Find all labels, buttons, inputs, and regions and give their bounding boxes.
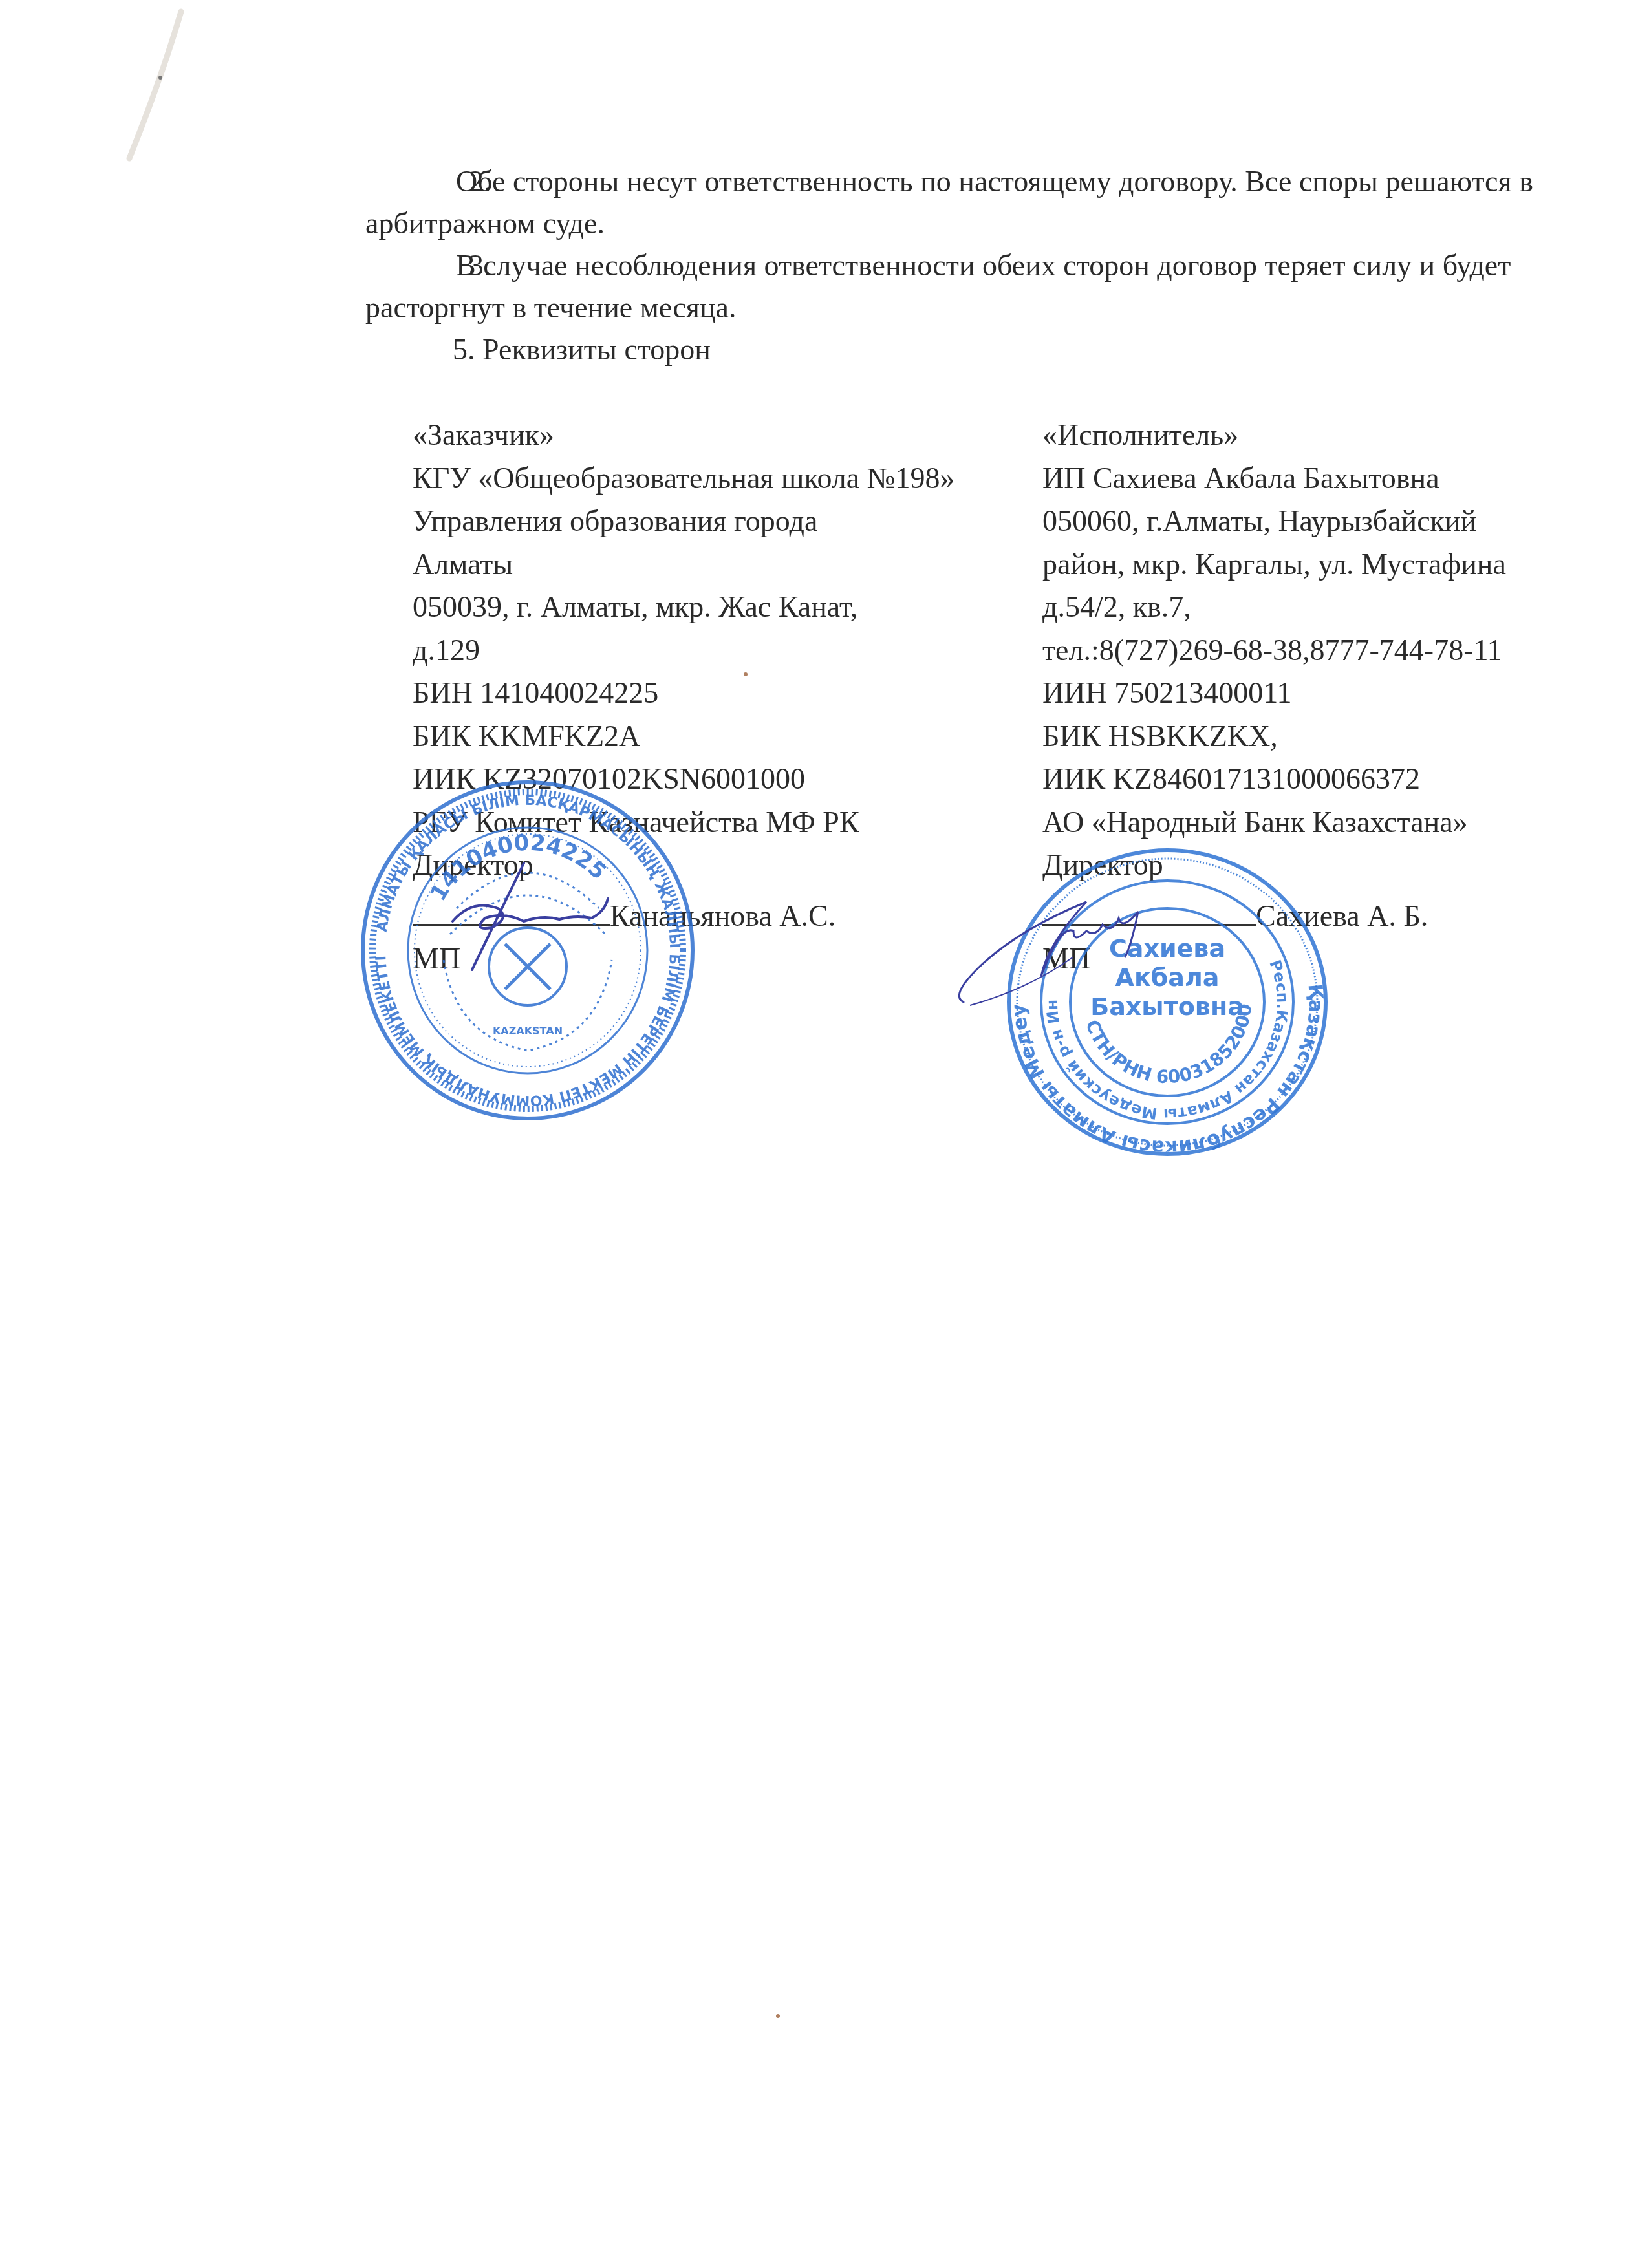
section-heading: 5. Реквизиты сторон: [453, 328, 711, 370]
customer-details: «Заказчик» КГУ «Общеобразовательная школ…: [413, 414, 995, 981]
customer-line: Управления образования города: [413, 500, 995, 543]
contractor-details: «Исполнитель» ИП Сахиева Акбала Бахытовн…: [1042, 414, 1624, 981]
contractor-line: район, мкр. Каргалы, ул. Мустафина: [1042, 543, 1624, 586]
customer-line: БИК KKMFKZ2A: [413, 715, 995, 758]
contractor-line: ИП Сахиева Акбала Бахытовна: [1042, 457, 1624, 500]
contractor-line: тел.:8(727)269-68-38,8777-744-78-11: [1042, 629, 1624, 672]
clause-text: Обе стороны несут ответственность по нас…: [365, 165, 1533, 240]
customer-line: БИН 141040024225: [413, 672, 995, 715]
scan-speck: [776, 2014, 780, 2018]
customer-line: 050039, г. Алматы, мкр. Жас Канат,: [413, 586, 995, 629]
clause-number: 2.: [417, 160, 456, 202]
scan-speck: [744, 672, 748, 676]
contractor-signature-row: Сахиева А. Б.: [1042, 895, 1624, 938]
clause-3: 3.В случае несоблюдения ответственности …: [365, 244, 1562, 328]
customer-position: Директор: [413, 844, 995, 887]
clause-2: 2.Обе стороны несут ответственность по н…: [365, 160, 1562, 244]
customer-signature-row: Канапьянова А.С.: [413, 895, 995, 938]
contractor-line: БИК HSBKKZKX,: [1042, 715, 1624, 758]
signature-line: [413, 898, 610, 926]
customer-line: д.129: [413, 629, 995, 672]
contractor-seal-label: МП: [1042, 937, 1624, 981]
clause-text: В случае несоблюдения ответственности об…: [365, 249, 1511, 324]
contractor-line: д.54/2, кв.7,: [1042, 586, 1624, 629]
scan-streak-mark: [103, 6, 194, 162]
svg-text:KAZAKSTAN: KAZAKSTAN: [493, 1025, 563, 1037]
customer-line: КГУ «Общеобразовательная школа №198»: [413, 457, 995, 500]
contractor-line: 050060, г.Алматы, Наурызбайский: [1042, 500, 1624, 543]
svg-text:Бахытовна: Бахытовна: [1090, 992, 1244, 1021]
customer-seal-label: МП: [413, 937, 995, 981]
customer-line: РГУ Комитет Казначейства МФ РК: [413, 801, 995, 844]
contractor-line: АО «Народный Банк Казахстана»: [1042, 801, 1624, 844]
clause-number: 3.: [417, 244, 456, 286]
customer-line: Алматы: [413, 543, 995, 586]
customer-line: ИИК KZ32070102KSN6001000: [413, 758, 995, 801]
signature-line: [1042, 898, 1256, 926]
contractor-line: ИИН 750213400011: [1042, 672, 1624, 715]
contractor-signatory: Сахиева А. Б.: [1256, 899, 1428, 932]
contractor-position: Директор: [1042, 844, 1624, 887]
customer-signatory: Канапьянова А.С.: [610, 899, 835, 932]
customer-role: «Заказчик»: [413, 414, 995, 457]
contractor-role: «Исполнитель»: [1042, 414, 1624, 457]
contractor-line: ИИК KZ846017131000066372: [1042, 758, 1624, 801]
